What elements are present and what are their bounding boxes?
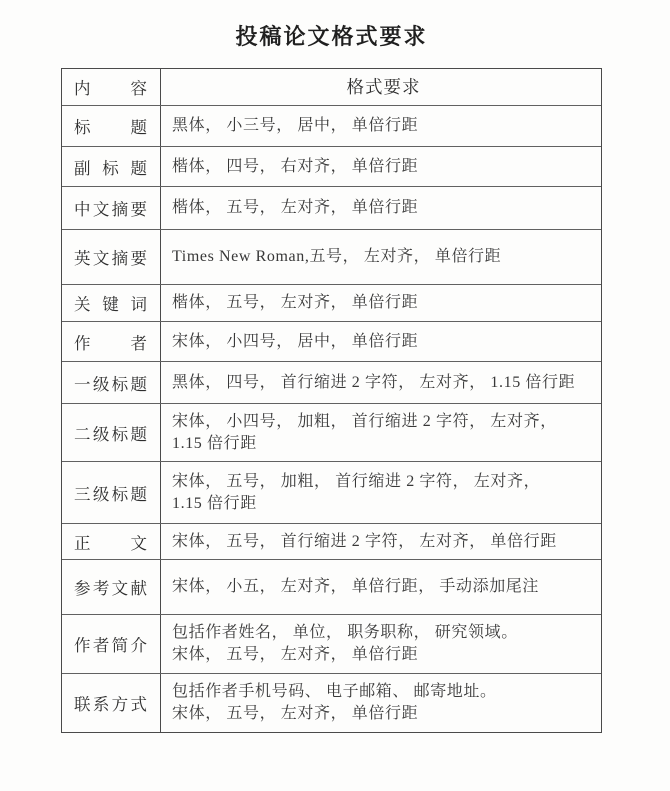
row-value: 黑体， 四号， 首行缩进 2 字符， 左对齐， 1.15 倍行距 — [161, 362, 601, 403]
row-label: 副标题 — [74, 155, 147, 179]
header-content-cell: 内容 — [62, 69, 161, 105]
row-label-cell: 标题 — [62, 106, 161, 146]
row-label: 联系方式 — [74, 691, 147, 715]
row-value: 宋体， 小五， 左对齐， 单倍行距， 手动添加尾注 — [161, 560, 601, 614]
row-label: 三级标题 — [74, 481, 147, 505]
scanned-document-page: { "page_title": "投稿论文格式要求", "table": { "… — [0, 0, 670, 791]
table-header-row: 内容 格式要求 — [62, 69, 601, 105]
row-label-cell: 中文摘要 — [62, 187, 161, 229]
row-label-cell: 副标题 — [62, 147, 161, 186]
table-row: 正文 宋体， 五号， 首行缩进 2 字符， 左对齐， 单倍行距 — [62, 523, 601, 559]
row-label-cell: 关键词 — [62, 285, 161, 321]
header-format-label: 格式要求 — [161, 69, 601, 105]
row-label-cell: 英文摘要 — [62, 230, 161, 284]
table-row: 中文摘要 楷体， 五号， 左对齐， 单倍行距 — [62, 186, 601, 229]
row-value: 包括作者手机号码、 电子邮箱、 邮寄地址。 宋体， 五号， 左对齐， 单倍行距 — [161, 674, 601, 732]
table-row: 参考文献 宋体， 小五， 左对齐， 单倍行距， 手动添加尾注 — [62, 559, 601, 614]
row-value: 宋体， 小四号， 居中， 单倍行距 — [161, 322, 601, 361]
row-label: 作者简介 — [74, 632, 147, 656]
table-row: 三级标题 宋体， 五号， 加粗， 首行缩进 2 字符， 左对齐， 1.15 倍行… — [62, 461, 601, 523]
row-value: 宋体， 五号， 首行缩进 2 字符， 左对齐， 单倍行距 — [161, 524, 601, 559]
row-label: 一级标题 — [74, 371, 147, 395]
row-label: 二级标题 — [74, 421, 147, 445]
table-row: 英文摘要 Times New Roman,五号， 左对齐， 单倍行距 — [62, 229, 601, 284]
row-value: Times New Roman,五号， 左对齐， 单倍行距 — [161, 230, 601, 284]
row-value: 宋体， 五号， 加粗， 首行缩进 2 字符， 左对齐， 1.15 倍行距 — [161, 462, 601, 523]
table-row: 一级标题 黑体， 四号， 首行缩进 2 字符， 左对齐， 1.15 倍行距 — [62, 361, 601, 403]
row-value: 楷体， 五号， 左对齐， 单倍行距 — [161, 285, 601, 321]
format-requirements-table: 内容 格式要求 标题 黑体， 小三号， 居中， 单倍行距 副标题 楷体， 四号，… — [61, 68, 602, 733]
table-row: 作者 宋体， 小四号， 居中， 单倍行距 — [62, 321, 601, 361]
row-label-cell: 正文 — [62, 524, 161, 559]
row-label-cell: 三级标题 — [62, 462, 161, 523]
row-value: 楷体， 五号， 左对齐， 单倍行距 — [161, 187, 601, 229]
table-row: 副标题 楷体， 四号， 右对齐， 单倍行距 — [62, 146, 601, 186]
row-label-cell: 作者 — [62, 322, 161, 361]
row-label-cell: 联系方式 — [62, 674, 161, 732]
page-title: 投稿论文格式要求 — [61, 20, 602, 51]
table-row: 联系方式 包括作者手机号码、 电子邮箱、 邮寄地址。 宋体， 五号， 左对齐， … — [62, 673, 601, 732]
row-label: 作者 — [74, 330, 147, 354]
row-label: 标题 — [74, 114, 147, 138]
table-row: 标题 黑体， 小三号， 居中， 单倍行距 — [62, 105, 601, 146]
row-label-cell: 一级标题 — [62, 362, 161, 403]
row-value: 包括作者姓名， 单位， 职务职称， 研究领域。 宋体， 五号， 左对齐， 单倍行… — [161, 615, 601, 673]
row-value: 黑体， 小三号， 居中， 单倍行距 — [161, 106, 601, 146]
row-label: 参考文献 — [74, 575, 147, 599]
row-value: 宋体， 小四号， 加粗， 首行缩进 2 字符， 左对齐， 1.15 倍行距 — [161, 404, 601, 461]
row-label-cell: 作者简介 — [62, 615, 161, 673]
row-label-cell: 参考文献 — [62, 560, 161, 614]
table-row: 作者简介 包括作者姓名， 单位， 职务职称， 研究领域。 宋体， 五号， 左对齐… — [62, 614, 601, 673]
row-label: 关键词 — [74, 291, 147, 315]
row-label: 正文 — [74, 530, 147, 554]
header-content-label: 内容 — [74, 75, 147, 99]
table-row: 二级标题 宋体， 小四号， 加粗， 首行缩进 2 字符， 左对齐， 1.15 倍… — [62, 403, 601, 461]
table-row: 关键词 楷体， 五号， 左对齐， 单倍行距 — [62, 284, 601, 321]
row-label: 英文摘要 — [74, 245, 147, 269]
row-label-cell: 二级标题 — [62, 404, 161, 461]
row-value: 楷体， 四号， 右对齐， 单倍行距 — [161, 147, 601, 186]
row-label: 中文摘要 — [74, 196, 147, 220]
